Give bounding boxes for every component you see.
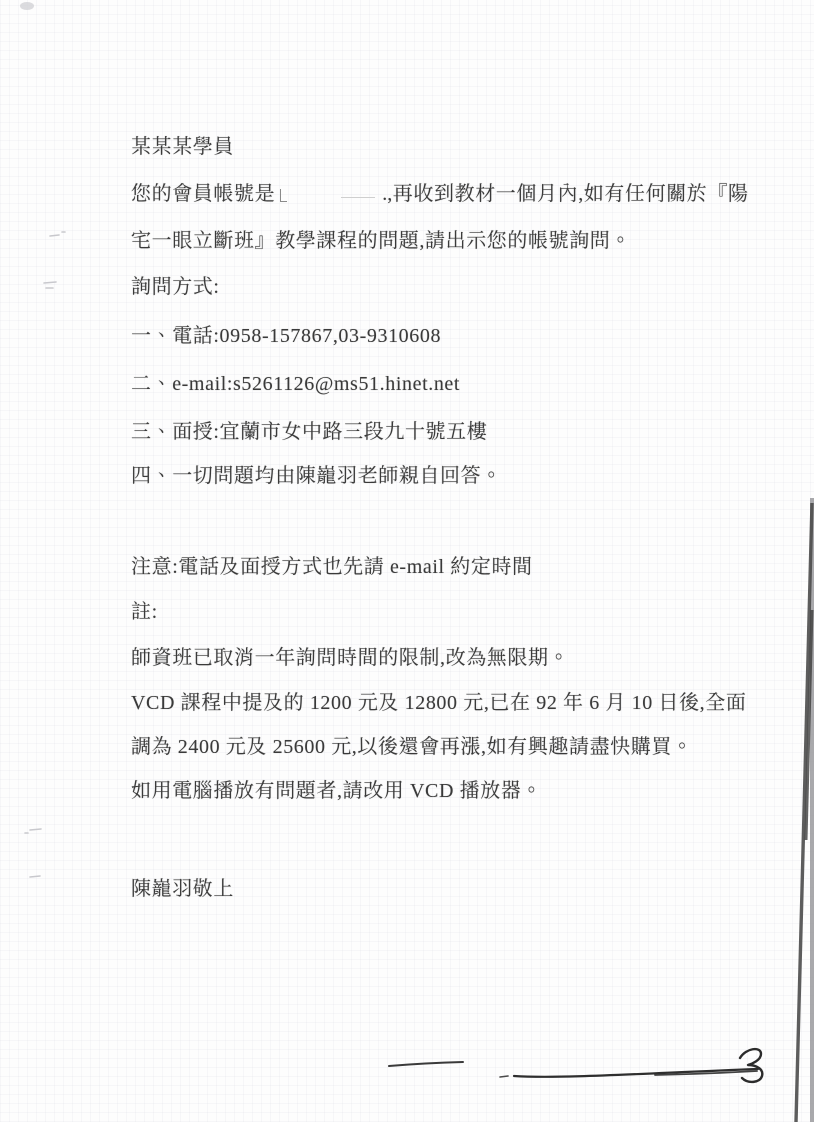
handwritten-long-underline: [514, 1069, 758, 1077]
handwritten-long-underline-stroke2: [655, 1071, 757, 1075]
margin-smudges: [25, 232, 65, 877]
account-number-line: 您的會員帳號是.,再收到教材一個月內,如有任何關於『陽: [131, 177, 749, 206]
inquiry-heading: 詢問方式:: [131, 270, 220, 299]
scan-edge-shadow-dark: [806, 610, 812, 840]
scan-edge-strip: [810, 498, 814, 1122]
scan-edge-shadow: [796, 503, 812, 1122]
account-line-pre: 您的會員帳號是: [131, 183, 275, 205]
note-line-1: 師資班已取消一年詢問時間的限制,改為無限期。: [131, 641, 569, 670]
erased-account-corner-mark: [280, 189, 287, 202]
salutation: 某某某學員: [131, 130, 234, 159]
inquiry-method-inperson: 三、面授:宜蘭市女中路三段九十號五樓: [131, 415, 487, 444]
handwritten-page-number: [740, 1049, 762, 1082]
note-line-2: VCD 課程中提及的 1200 元及 12800 元,已在 92 年 6 月 1…: [131, 686, 746, 715]
notice-line: 注意:電話及面授方式也先請 e-mail 約定時間: [131, 550, 533, 579]
inquiry-method-teacher: 四、一切問題均由陳巃羽老師親自回答。: [131, 459, 502, 488]
inquiry-method-email: 二、e-mail:s5261126@ms51.hinet.net: [131, 367, 460, 396]
note-line-4: 如用電腦播放有問題者,請改用 VCD 播放器。: [131, 774, 542, 803]
note-heading: 註:: [131, 595, 158, 624]
inquiry-method-phone: 一、電話:0958-157867,03-9310608: [131, 319, 441, 348]
corner-smudge: [20, 2, 34, 10]
erased-account-underline: [341, 197, 375, 198]
margin-smudge: [30, 829, 41, 830]
margin-smudge: [50, 235, 59, 236]
margin-smudge: [30, 876, 40, 877]
account-line-wrap: 宅一眼立斷班』教學課程的問題,請出示您的帳號詢問。: [131, 224, 631, 253]
erased-account-blank: [289, 199, 341, 200]
handwritten-short-underline: [389, 1062, 463, 1066]
margin-smudge: [44, 282, 56, 283]
note-line-3: 調為 2400 元及 25600 元,以後還會再漲,如有興趣請盡快購買。: [131, 730, 693, 759]
account-line-post: ,再收到教材一個月內,如有任何關於『陽: [387, 183, 748, 205]
handwritten-underline-dash: [500, 1076, 508, 1077]
scanned-letter-page: 某某某學員 您的會員帳號是.,再收到教材一個月內,如有任何關於『陽 宅一眼立斷班…: [0, 0, 814, 1122]
signature: 陳巃羽敬上: [131, 872, 234, 901]
